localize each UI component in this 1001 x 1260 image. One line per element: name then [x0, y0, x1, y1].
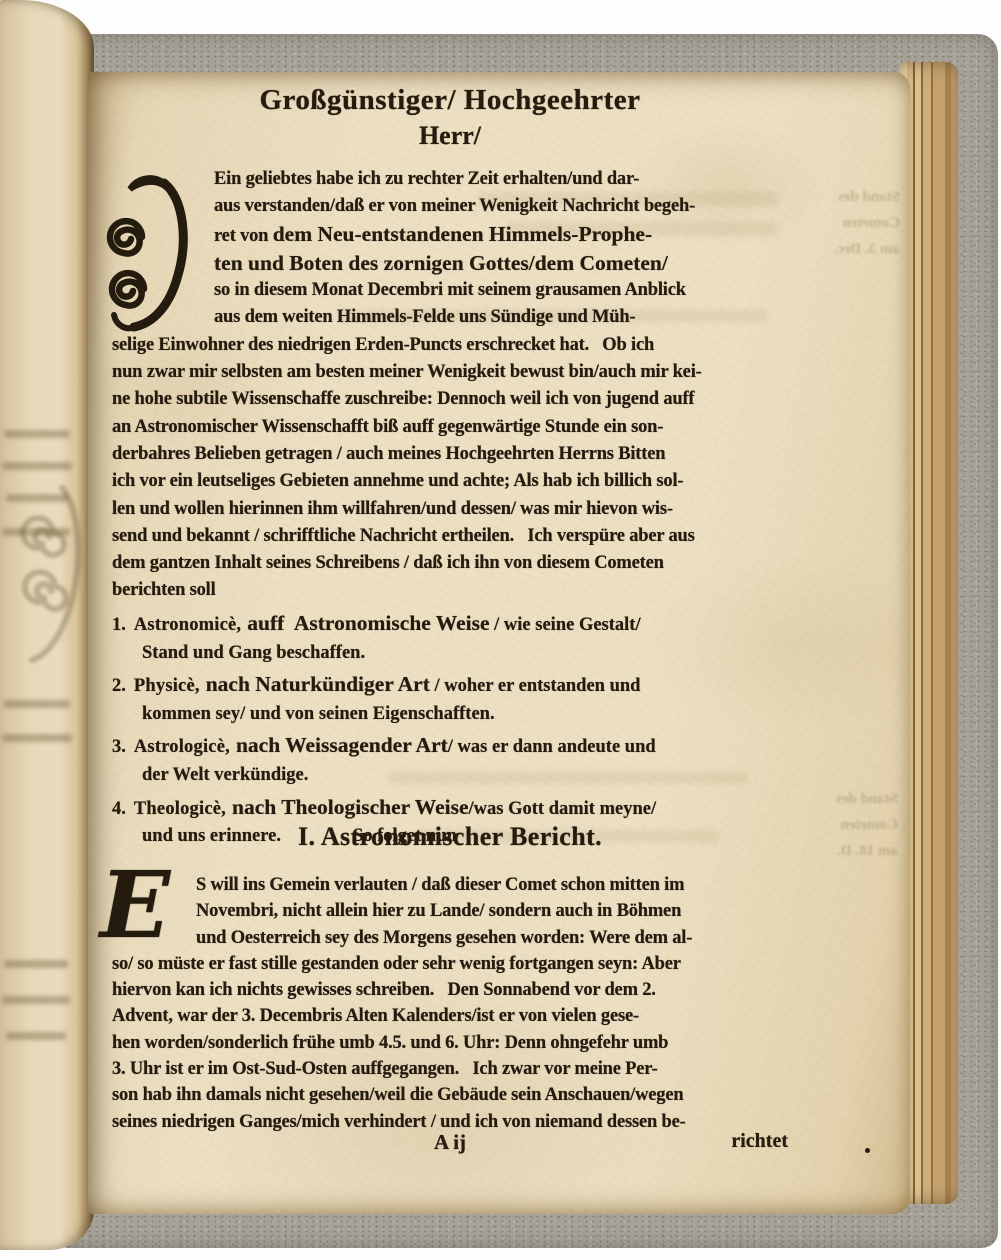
emphasized-text: auff Astronomische Weise: [247, 611, 489, 635]
text-line: selige Einwohner des niedrigen Erden-Pun…: [112, 332, 788, 359]
latin-term: Astrologicè,: [134, 737, 230, 757]
signature-mark: A ij: [112, 1130, 788, 1155]
showthrough-text: Stand des: [810, 184, 900, 210]
text-line: und Oesterreich sey des Morgens gesehen …: [196, 925, 788, 951]
text-line: len und wollen hierinnen ihm willfahren/…: [112, 496, 788, 523]
text-segment: ret von: [214, 226, 273, 246]
text-line: ret von dem Neu-entstandenen Himmels-Pro…: [214, 221, 788, 250]
text-line: aus dem weiten Himmels-Felde uns Sündige…: [214, 304, 788, 331]
text-line: Advent, war der 3. Decembris Alten Kalen…: [112, 1003, 788, 1029]
marginal-showthrough-note: Stand des Cometen am 18. D.: [808, 786, 898, 864]
list-item-line: 1.Astronomicè,auff Astronomische Weise /…: [112, 610, 788, 640]
emphasized-text: nach Weissagender Art: [236, 733, 448, 757]
showthrough-text-bar: [6, 494, 68, 502]
list-item-line: 2.Physicè,nach Naturkündiger Art / woher…: [112, 671, 788, 701]
showthrough-text-bar: [2, 528, 70, 536]
list-number: 2.: [112, 676, 126, 696]
text-line: send und bekannt / schrifftliche Nachric…: [112, 523, 788, 550]
text-line: berichten soll: [112, 577, 788, 604]
text-line: ne hohe subtile Wissenschaffe zuschreibe…: [112, 386, 788, 413]
showthrough-text: Stand des: [808, 786, 898, 812]
photo-background: Stand des Cometen am 3. Dec. Stand des C…: [0, 0, 1001, 1260]
text-line: dem gantzen Inhalt seines Schreibens / d…: [112, 550, 788, 577]
marginal-showthrough-note: Stand des Cometen am 3. Dec.: [810, 184, 900, 262]
text-line: hen worden/sonderlich frühe umb 4.5. und…: [112, 1030, 788, 1056]
list-item: 3.Astrologicè,nach Weissagender Art/ was…: [112, 732, 788, 789]
book-page: Stand des Cometen am 3. Dec. Stand des C…: [88, 72, 910, 1214]
list-item: 2.Physicè,nach Naturkündiger Art / woher…: [112, 671, 788, 728]
latin-term: Physicè,: [134, 676, 200, 696]
latin-term: Theologicè,: [134, 799, 226, 819]
catchword: richtet: [731, 1130, 788, 1153]
list-number: 1.: [112, 615, 126, 635]
showthrough-text-bar: [4, 430, 70, 438]
text-line: 3. Uhr ist er im Ost-Sud-Osten auffgegan…: [112, 1056, 788, 1082]
ink-spot: [865, 1148, 870, 1153]
text-segment: /was Gott damit meyne/: [469, 799, 657, 819]
text-segment: / wie seine Gestalt/: [490, 615, 641, 635]
showthrough-text-bar: [6, 1032, 66, 1040]
text-line: hiervon kan ich nichts gewisses schreibe…: [112, 977, 788, 1003]
text-line: Ein geliebtes habe ich zu rechter Zeit e…: [214, 166, 788, 193]
previous-page-edge: [0, 0, 94, 1250]
salutation-heading: Großgünstiger/ Hochgeehrter Herr/: [112, 82, 788, 152]
text-line: so in diesem Monat Decembri mit seinem g…: [214, 277, 788, 304]
showthrough-text: am 3. Dec.: [810, 236, 900, 262]
list-item-line: der Welt verkündige.: [112, 762, 788, 790]
showthrough-text-bar: [2, 734, 72, 742]
text-line: nun zwar mir selbsten am besten meiner W…: [112, 359, 788, 386]
text-line: so/ so müste er fast stille gestanden od…: [112, 951, 788, 977]
list-number: 3.: [112, 737, 126, 757]
showthrough-text: Cometen: [808, 812, 898, 838]
numbered-list: 1.Astronomicè,auff Astronomische Weise /…: [112, 610, 788, 855]
text-line: son hab ihn damals nicht gesehen/weil di…: [112, 1082, 788, 1108]
text-line: Novembri, nicht allein hier zu Lande/ so…: [196, 898, 788, 924]
section-heading: I. Astronomischer Bericht.: [112, 822, 788, 852]
list-item-line: 4.Theologicè,nach Theologischer Weise/wa…: [112, 794, 788, 824]
text-line: ich vor ein leutseliges Gebieten annehme…: [112, 468, 788, 495]
emphasized-text: nach Naturkündiger Art: [206, 672, 430, 696]
emphasized-text-line: ten und Boten des zornigen Gottes/dem Co…: [214, 250, 788, 277]
text-line: aus verstanden/daß er von meiner Wenigke…: [214, 193, 788, 220]
text-line: derbahres Belieben getragen / auch meine…: [112, 441, 788, 468]
list-item-line: kommen sey/ und von seinen Eigenschaffte…: [112, 701, 788, 729]
emphasized-text: dem Neu-entstandenen Himmels-Prophe-: [273, 222, 652, 246]
showthrough-text-bar: [2, 996, 70, 1004]
list-item-line: Stand und Gang beschaffen.: [112, 640, 788, 668]
text-segment: / was er dann andeute und: [448, 737, 656, 757]
showthrough-text-bar: [4, 960, 68, 968]
text-line: an Astronomischer Wissenschafft biß auff…: [112, 414, 788, 441]
text-line: S will ins Gemein verlauten / daß dieser…: [196, 872, 788, 898]
showthrough-text-bar: [4, 700, 70, 708]
intro-paragraph: Ein geliebtes habe ich zu rechter Zeit e…: [112, 166, 788, 605]
list-item: 1.Astronomicè,auff Astronomische Weise /…: [112, 610, 788, 667]
salutation-line-1: Großgünstiger/ Hochgeehrter: [112, 82, 788, 119]
report-paragraph: S will ins Gemein verlauten / daß dieser…: [112, 872, 788, 1135]
list-number: 4.: [112, 799, 126, 819]
text-segment: / woher er entstanden und: [430, 676, 641, 696]
salutation-line-2: Herr/: [112, 119, 788, 152]
showthrough-text: Cometen: [810, 210, 900, 236]
list-item-line: 3.Astrologicè,nach Weissagender Art/ was…: [112, 732, 788, 762]
showthrough-text-bar: [2, 462, 72, 470]
emphasized-text: nach Theologischer Weise: [232, 795, 469, 819]
page-footer: A ij richtet: [112, 1130, 788, 1160]
showthrough-text: am 18. D.: [808, 838, 898, 864]
latin-term: Astronomicè,: [134, 615, 241, 635]
